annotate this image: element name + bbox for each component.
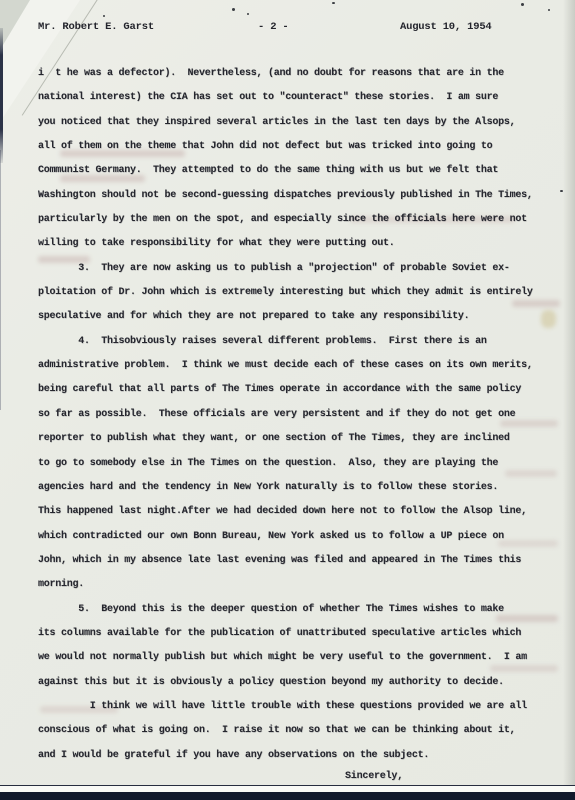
document-line: you noticed that they inspired several a… <box>38 111 558 135</box>
document-line: This happened last night.After we had de… <box>38 500 558 524</box>
document-line: 5. Beyond this is the deeper question of… <box>38 598 558 622</box>
ink-speck <box>247 13 249 15</box>
document-line: we would not normally publish but which … <box>38 646 558 670</box>
left-edge-dark-strip <box>0 28 3 163</box>
document-line: its columns available for the publicatio… <box>38 622 558 646</box>
ink-speck <box>232 8 235 11</box>
document-line: morning. <box>38 573 558 597</box>
ink-speck <box>548 9 550 11</box>
document-line: all of them on the theme that John did n… <box>38 135 558 159</box>
left-edge-line <box>0 150 1 410</box>
header-recipient: Mr. Robert E. Garst <box>38 21 154 33</box>
ink-speck <box>560 190 563 192</box>
document-line: particularly by the men on the spot, and… <box>38 208 558 232</box>
document-line: to go to somebody else in The Times on t… <box>38 452 558 476</box>
document-line: I think we will have little trouble with… <box>38 695 558 719</box>
document-line: which contradicted our own Bonn Bureau, … <box>38 525 558 549</box>
document-line: ploitation of Dr. John which is extremel… <box>38 281 558 305</box>
right-edge-shade <box>563 0 575 800</box>
document-line: reporter to publish what they want, or o… <box>38 427 558 451</box>
document-page: Mr. Robert E. Garst - 2 - August 10, 195… <box>0 0 575 800</box>
document-line: 4. Thisobviously raises several differen… <box>38 330 558 354</box>
document-line: Washington should not be second-guessing… <box>38 184 558 208</box>
header-page-number: - 2 - <box>258 21 289 33</box>
ink-speck <box>332 2 335 4</box>
document-line: agencies hard and the tendency in New Yo… <box>38 476 558 500</box>
document-line: so far as possible. These officials are … <box>38 403 558 427</box>
header-date: August 10, 1954 <box>400 21 492 33</box>
document-line: national interest) the CIA has set out t… <box>38 86 558 110</box>
document-line: and I would be grateful if you have any … <box>38 744 558 768</box>
document-line: 3. They are now asking us to publish a "… <box>38 257 558 281</box>
document-line: Communist Germany. They attempted to do … <box>38 159 558 183</box>
document-line: being careful that all parts of The Time… <box>38 378 558 402</box>
document-body: i t he was a defector). Nevertheless, (a… <box>38 62 558 768</box>
ink-speck <box>103 15 105 17</box>
document-line: administrative problem. I think we must … <box>38 354 558 378</box>
document-line: against this but it is obviously a polic… <box>38 671 558 695</box>
document-line: speculative and for which they are not p… <box>38 305 558 329</box>
ink-speck <box>521 3 524 6</box>
document-line: willing to take responsibility for what … <box>38 232 558 256</box>
document-line: conscious of what is going on. I raise i… <box>38 719 558 743</box>
document-line: John, which in my absence late last even… <box>38 549 558 573</box>
bottom-band <box>0 785 575 800</box>
document-line: i t he was a defector). Nevertheless, (a… <box>38 62 558 86</box>
